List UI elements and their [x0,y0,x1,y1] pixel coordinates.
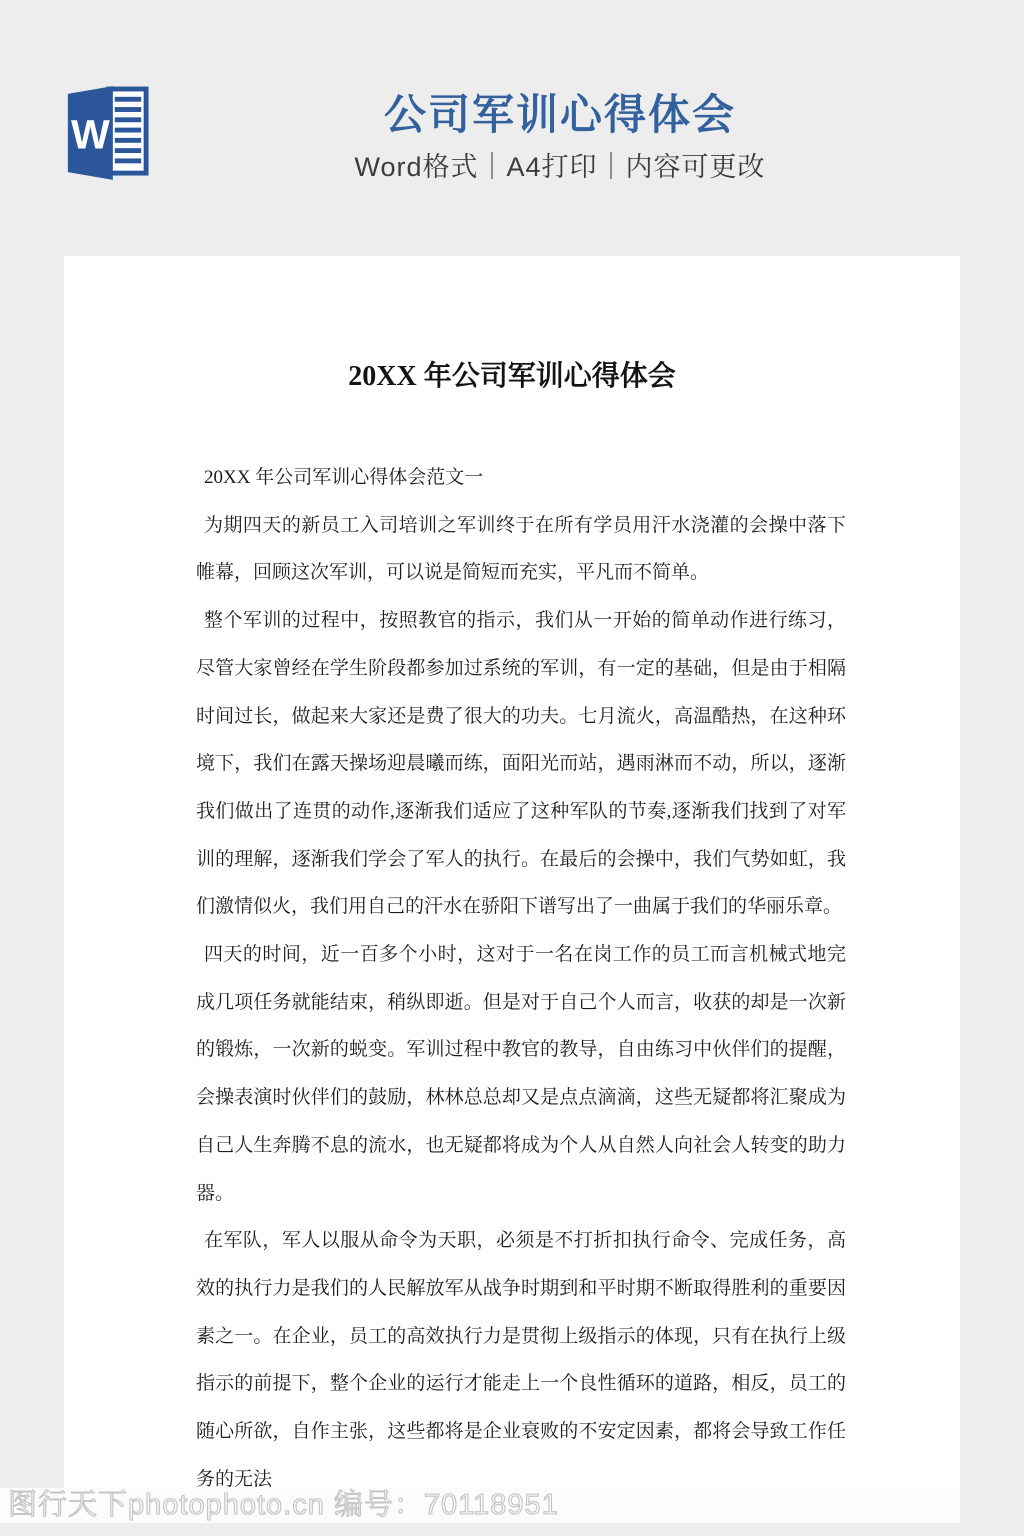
document-title: 20XX 年公司军训心得体会 [64,256,960,396]
page-title: 公司军训心得体会 [200,92,920,138]
word-icon-letter: W [71,112,110,158]
paragraph: 为期四天的新员工入司培训之军训终于在所有学员用汗水浇灌的会操中落下帷幕，回顾这次… [196,502,846,597]
paragraph: 20XX 年公司军训心得体会范文一 [196,454,846,502]
page-subtitle: Word格式｜A4打印｜内容可更改 [200,151,920,183]
document-body: 20XX 年公司军训心得体会范文一为期四天的新员工入司培训之军训终于在所有学员用… [196,454,846,1503]
document-page: 20XX 年公司军训心得体会 20XX 年公司军训心得体会范文一为期四天的新员工… [64,256,960,1523]
paragraph: 四天的时间，近一百多个小时，这对于一名在岗工作的员工而言机械式地完成几项任务就能… [196,931,846,1217]
word-icon: W [62,83,150,183]
header-text: 公司军训心得体会 Word格式｜A4打印｜内容可更改 [200,0,920,183]
watermark-band: 图行天下photophoto.cn 编号：70118951 [0,1488,960,1523]
watermark-text: 图行天下photophoto.cn 编号：70118951 [8,1488,559,1523]
paragraph: 整个军训的过程中，按照教官的指示，我们从一开始的简单动作进行练习，尽管大家曾经在… [196,597,846,931]
paragraph: 在军队，军人以服从命令为天职，必须是不打折扣执行命令、完成任务，高效的执行力是我… [196,1217,846,1503]
header: W 公司军训心得体会 Word格式｜A4打印｜内容可更改 [0,0,1024,256]
